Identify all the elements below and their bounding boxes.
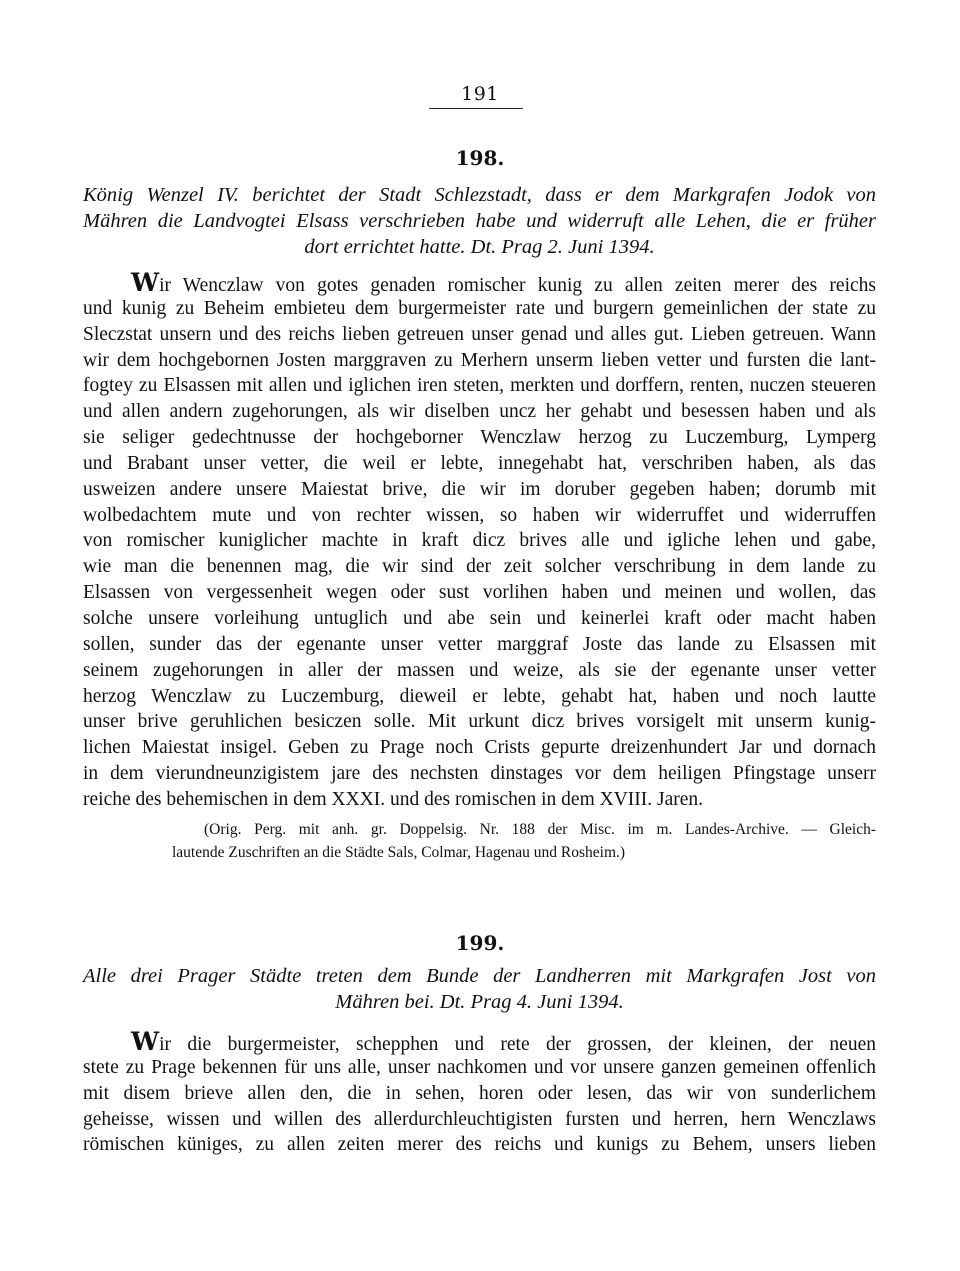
body-line: Sleczstat unsern und des reichs lieben g… [83,322,876,348]
document-198-source-note: (Orig. Perg. mit anh. gr. Doppelsig. Nr.… [172,818,876,864]
body-line: sie seliger gedechtnusse der hochgeborne… [83,425,876,451]
body-line: lichen Maiestat insigel. Geben zu Prage … [83,735,876,761]
heading-line: Alle drei Prager Städte treten dem Bunde… [83,963,876,989]
page-number-rule [429,108,523,109]
document-198-body: Wir Wenczlaw von gotes genaden romischer… [83,270,876,813]
body-line: Wir Wenczlaw von gotes genaden romischer… [83,270,876,296]
body-line: sollen, sunder das der egenante unser ve… [83,632,876,658]
note-line: (Orig. Perg. mit anh. gr. Doppelsig. Nr.… [172,818,876,841]
document-198-heading: König Wenzel IV. berichtet der Stadt Sch… [83,182,876,260]
body-line: fogtey zu Elsassen mit allen und igliche… [83,373,876,399]
body-line: und allen andern zugehorungen, als wir d… [83,399,876,425]
body-line: und kunig zu Beheim embieteu dem burgerm… [83,296,876,322]
body-line: usweizen andere unsere Maiestat brive, d… [83,477,876,503]
body-line: unser brive geruhlichen besiczen solle. … [83,709,876,735]
heading-line: dort errichtet hatte. Dt. Prag 2. Juni 1… [83,234,876,260]
body-line: Wir die burgermeister, schepphen und ret… [83,1029,876,1055]
document-199-body: Wir die burgermeister, schepphen und ret… [83,1029,876,1158]
body-line: wolbedachtem mute und von rechter wissen… [83,503,876,529]
document-number-198: 198. [0,146,960,170]
note-line: lautende Zuschriften an die Städte Sals,… [172,841,876,864]
heading-line: Mähren bei. Dt. Prag 4. Juni 1394. [83,989,876,1015]
body-line: römischen küniges, zu allen zeiten merer… [83,1132,876,1158]
initial-letter: W [131,1027,159,1056]
body-line: reiche des behemischen in dem XXXI. und … [83,787,876,813]
initial-letter: W [131,268,159,297]
body-line: mit disem brieve allen den, die in sehen… [83,1081,876,1107]
document-number-199: 199. [0,931,960,955]
body-line: von romischer kuniglicher machte in kraf… [83,528,876,554]
body-line: stete zu Prage bekennen für uns alle, un… [83,1055,876,1081]
book-page: 191 198. König Wenzel IV. berichtet der … [0,0,960,1271]
body-line: solche unsere vorleihung untuglich und a… [83,606,876,632]
body-line: wie man die benennen mag, die wir sind d… [83,554,876,580]
body-line: seinem zugehorungen in aller der massen … [83,658,876,684]
body-line: in dem vierundneunzigistem jare des nech… [83,761,876,787]
body-line: Elsassen von vergessenheit wegen oder su… [83,580,876,606]
body-line: wir dem hochgebornen Josten marggraven z… [83,348,876,374]
heading-line: König Wenzel IV. berichtet der Stadt Sch… [83,182,876,208]
body-line: herzog Wenczlaw zu Luczemburg, dieweil e… [83,684,876,710]
heading-line: Mähren die Landvogtei Elsass verschriebe… [83,208,876,234]
body-line: und Brabant unser vetter, die weil er le… [83,451,876,477]
page-number: 191 [0,83,960,105]
body-line: geheisse, wissen und willen des allerdur… [83,1107,876,1133]
document-199-heading: Alle drei Prager Städte treten dem Bunde… [83,963,876,1015]
